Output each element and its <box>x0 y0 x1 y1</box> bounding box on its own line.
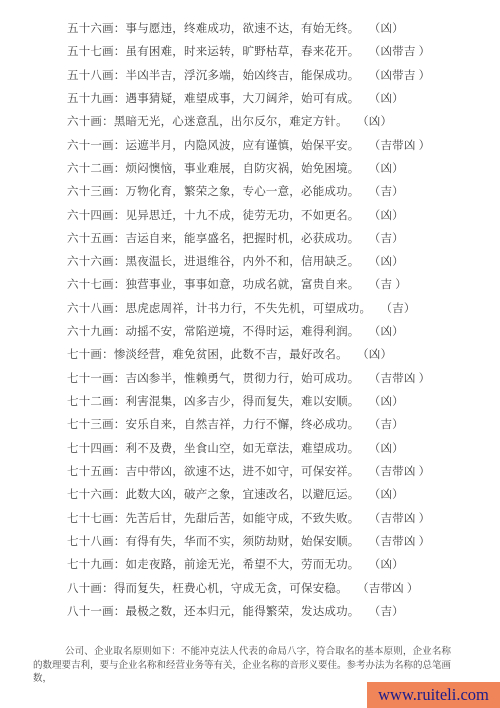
stroke-number-list: 五十六画：事与愿违，终难成功，欲速不达，有始无终。（凶）五十七画：虽有困难，时来… <box>67 18 430 624</box>
list-item: 七十六画：此数大凶，破产之象，宜速改名，以避厄运。（凶） <box>67 484 430 507</box>
fortune-label: （凶） <box>375 23 404 35</box>
meaning-text: 安乐自来，自然吉祥，力行不懈，终必成功。 <box>126 419 360 431</box>
stroke-count-label: 六十一画： <box>67 140 126 152</box>
stroke-count-label: 七十六画： <box>67 489 126 501</box>
meaning-text: 得而复失，枉费心机，守成无贪，可保安稳。 <box>114 583 348 595</box>
meaning-text: 事与愿违，终难成功，欲速不达，有始无终。 <box>126 23 360 35</box>
list-item: 六十一画：运遮半月，内隐风波，应有谨慎，始保平安。（吉带凶 ） <box>67 135 430 158</box>
meaning-text: 黑夜温长，进退维谷，内外不和，信用缺乏。 <box>126 256 360 268</box>
fortune-label: （吉带凶 ） <box>375 373 431 385</box>
list-item: 七十四画：利不及费，坐食山空，如无章法，难望成功。（凶） <box>67 438 430 461</box>
meaning-text: 利害混集，凶多吉少，得而复失，难以安顺。 <box>126 396 360 408</box>
meaning-text: 惨淡经营，难免贫困，此数不吉，最好改名。 <box>114 349 348 361</box>
meaning-text: 思虎虑周祥，计书力行，不失先机，可望成功。 <box>126 303 372 315</box>
fortune-label: （凶） <box>375 396 404 408</box>
stroke-count-label: 七十三画： <box>67 419 126 431</box>
list-item: 六十四画：见异思迁，十九不成，徒劳无功，不如更名。（凶） <box>67 205 430 228</box>
fortune-label: （吉带凶 ） <box>375 466 431 478</box>
stroke-count-label: 七十七画： <box>67 513 126 525</box>
fortune-label: （吉） <box>375 606 404 618</box>
stroke-count-label: 六十三画： <box>67 186 126 198</box>
meaning-text: 运遮半月，内隐风波，应有谨慎，始保平安。 <box>126 140 360 152</box>
meaning-text: 吉运自来，能享盛名，把握时机，必获成功。 <box>126 233 360 245</box>
stroke-count-label: 八十画： <box>67 583 114 595</box>
stroke-count-label: 六十五画： <box>67 233 126 245</box>
fortune-label: （凶） <box>375 210 404 222</box>
document-page: 五十六画：事与愿违，终难成功，欲速不达，有始无终。（凶）五十七画：虽有困难，时来… <box>0 0 500 708</box>
stroke-count-label: 六十九画： <box>67 326 126 338</box>
stroke-count-label: 五十八画： <box>67 70 126 82</box>
meaning-text: 虽有困难，时来运转，旷野枯草，春来花开。 <box>126 46 360 58</box>
fortune-label: （凶） <box>375 489 404 501</box>
stroke-count-label: 七十五画： <box>67 466 126 478</box>
list-item: 六十九画：动摇不安，常陷逆境，不得时运，难得利润。（凶） <box>67 321 430 344</box>
stroke-count-label: 七十一画： <box>67 373 126 385</box>
meaning-text: 见异思迁，十九不成，徒劳无功，不如更名。 <box>126 210 360 222</box>
list-item: 八十一画：最极之数，还本归元，能得繁荣，发达成功。（吉） <box>67 601 430 624</box>
stroke-count-label: 七十九画： <box>67 559 126 571</box>
fortune-label: （凶） <box>363 116 392 128</box>
list-item: 七十画：惨淡经营，难免贫困，此数不吉，最好改名。（凶） <box>67 344 430 367</box>
meaning-text: 独营事业，事事如意，功成名就，富贵自来。 <box>126 279 360 291</box>
list-item: 六十六画：黑夜温长，进退维谷，内外不和，信用缺乏。（凶） <box>67 251 430 274</box>
meaning-text: 先苦后甘，先甜后苦，如能守成，不致失败。 <box>126 513 360 525</box>
list-item: 六十画：黑暗无光，心迷意乱，出尔反尔，难定方针。（凶） <box>67 111 430 134</box>
meaning-text: 遇事猜疑，难望成事，大刀阔斧，始可有成。 <box>126 93 360 105</box>
list-item: 五十七画：虽有困难，时来运转，旷野枯草，春来花开。（凶带吉 ） <box>67 41 430 64</box>
list-item: 六十五画：吉运自来，能享盛名，把握时机，必获成功。（吉） <box>67 228 430 251</box>
list-item: 五十九画：遇事猜疑，难望成事，大刀阔斧，始可有成。（凶） <box>67 88 430 111</box>
fortune-label: （吉） <box>386 303 415 315</box>
fortune-label: （吉） <box>375 233 404 245</box>
fortune-label: （凶带吉 ） <box>375 70 431 82</box>
meaning-text: 动摇不安，常陷逆境，不得时运，难得利润。 <box>126 326 360 338</box>
meaning-text: 最极之数，还本归元，能得繁荣，发达成功。 <box>126 606 360 618</box>
stroke-count-label: 六十六画： <box>67 256 126 268</box>
meaning-text: 有得有失，华而不实，须防劫财，始保安顺。 <box>126 536 360 548</box>
meaning-text: 吉中带凶，欲速不达，进不如守，可保安祥。 <box>126 466 360 478</box>
list-item: 七十七画：先苦后甘，先甜后苦，如能守成，不致失败。（吉带凶 ） <box>67 508 430 531</box>
fortune-label: （吉） <box>375 419 404 431</box>
meaning-text: 吉凶参半，惟赖勇气，贯彻力行，始可成功。 <box>126 373 360 385</box>
stroke-count-label: 七十四画： <box>67 443 126 455</box>
fortune-label: （凶） <box>375 163 404 175</box>
stroke-count-label: 六十八画： <box>67 303 126 315</box>
fortune-label: （吉 ） <box>375 279 407 291</box>
fortune-label: （凶） <box>375 93 404 105</box>
meaning-text: 此数大凶，破产之象，宜速改名，以避厄运。 <box>126 489 360 501</box>
meaning-text: 烦闷懊恼，事业难展，自防灾祸，始免困境。 <box>126 163 360 175</box>
stroke-count-label: 七十八画： <box>67 536 126 548</box>
list-item: 七十八画：有得有失，华而不实，须防劫财，始保安顺。（吉带凶 ） <box>67 531 430 554</box>
fortune-label: （吉带凶 ） <box>363 583 419 595</box>
fortune-label: （吉带凶 ） <box>375 513 431 525</box>
list-item: 七十九画：如走夜路，前途无光，希望不大，劳而无功。（凶） <box>67 554 430 577</box>
list-item: 六十二画：烦闷懊恼，事业难展，自防灾祸，始免困境。（凶） <box>67 158 430 181</box>
stroke-count-label: 六十二画： <box>67 163 126 175</box>
fortune-label: （凶） <box>375 326 404 338</box>
stroke-count-label: 六十七画： <box>67 279 126 291</box>
list-item: 七十一画：吉凶参半，惟赖勇气，贯彻力行，始可成功。（吉带凶 ） <box>67 368 430 391</box>
list-item: 七十三画：安乐自来，自然吉祥，力行不懈，终必成功。（吉） <box>67 414 430 437</box>
stroke-count-label: 七十画： <box>67 349 114 361</box>
fortune-label: （吉） <box>375 186 404 198</box>
watermark-url-text: www.ruiteli.com <box>378 685 489 704</box>
meaning-text: 如走夜路，前途无光，希望不大，劳而无功。 <box>126 559 360 571</box>
list-item: 七十二画：利害混集，凶多吉少，得而复失，难以安顺。（凶） <box>67 391 430 414</box>
fortune-label: （凶） <box>375 443 404 455</box>
naming-principles-paragraph: 公司、企业取名原则如下：不能冲克法人代表的命局八字，符合取名的基本原则，企业名称… <box>33 646 451 687</box>
list-item: 六十七画：独营事业，事事如意，功成名就，富贵自来。（吉 ） <box>67 274 430 297</box>
list-item: 六十八画：思虎虑周祥，计书力行，不失先机，可望成功。（吉） <box>67 298 430 321</box>
stroke-count-label: 八十一画： <box>67 606 126 618</box>
fortune-label: （凶） <box>375 256 404 268</box>
meaning-text: 利不及费，坐食山空，如无章法，难望成功。 <box>126 443 360 455</box>
stroke-count-label: 五十六画： <box>67 23 126 35</box>
stroke-count-label: 七十二画： <box>67 396 126 408</box>
fortune-label: （凶） <box>363 349 392 361</box>
watermark-badge: www.ruiteli.com <box>367 682 500 708</box>
fortune-label: （吉带凶 ） <box>375 140 431 152</box>
fortune-label: （吉带凶 ） <box>375 536 431 548</box>
meaning-text: 黑暗无光，心迷意乱，出尔反尔，难定方针。 <box>114 116 348 128</box>
meaning-text: 万物化育，繁荣之象，专心一意，必能成功。 <box>126 186 360 198</box>
list-item: 七十五画：吉中带凶，欲速不达，进不如守，可保安祥。（吉带凶 ） <box>67 461 430 484</box>
meaning-text: 半凶半吉，浮沉多端，始凶终吉，能保成功。 <box>126 70 360 82</box>
stroke-count-label: 六十画： <box>67 116 114 128</box>
stroke-count-label: 五十九画： <box>67 93 126 105</box>
fortune-label: （凶） <box>375 559 404 571</box>
list-item: 八十画：得而复失，枉费心机，守成无贪，可保安稳。（吉带凶 ） <box>67 578 430 601</box>
stroke-count-label: 六十四画： <box>67 210 126 222</box>
stroke-count-label: 五十七画： <box>67 46 126 58</box>
fortune-label: （凶带吉 ） <box>375 46 431 58</box>
list-item: 五十六画：事与愿违，终难成功，欲速不达，有始无终。（凶） <box>67 18 430 41</box>
list-item: 六十三画：万物化育，繁荣之象，专心一意，必能成功。（吉） <box>67 181 430 204</box>
list-item: 五十八画：半凶半吉，浮沉多端，始凶终吉，能保成功。（凶带吉 ） <box>67 65 430 88</box>
